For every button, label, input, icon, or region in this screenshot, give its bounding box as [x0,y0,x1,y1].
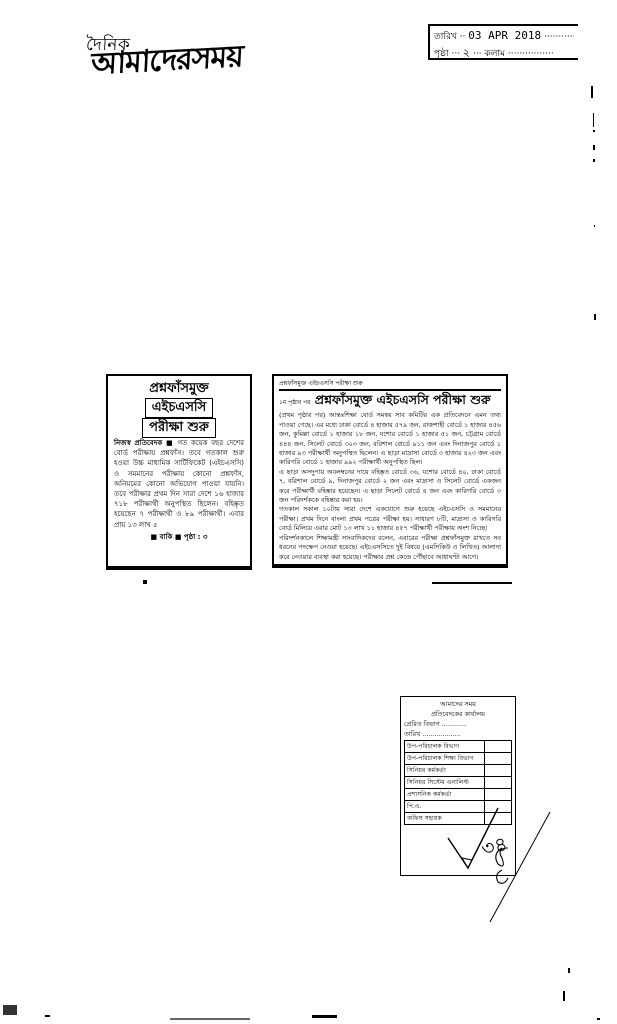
date-label: তারিখ [434,32,457,42]
scan-speck [593,159,595,162]
date-stamp-box: তারিখ ·· 03 APR 2018 ··········· পৃষ্ঠা … [428,24,578,60]
news-clipping-front-page: প্রশ্নফাঁসমুক্ত এইচএসসি পরীক্ষা শুরু নিজ… [106,374,252,570]
routing-row: প্রশাসনিক কর্মকর্তা [405,789,485,801]
date-row: তারিখ ·· 03 APR 2018 ··········· [434,28,574,45]
scan-speck [568,968,570,973]
clipping-headline: প্রশ্নফাঁসমুক্ত এইচএসসি পরীক্ষা শুরু [114,380,244,438]
clipping-headline: ১ম পৃষ্ঠার পর প্রশ্নফাঁসমুক্ত এইচএসসি পর… [279,391,501,411]
scan-speck [591,86,593,98]
scan-speck [593,145,595,150]
continued-note: ■ বাকি ■ পৃষ্ঠা : ৩ [114,532,244,542]
page-value: ২ [463,46,470,59]
routing-row: উপ-পরিচালক শিক্ষা বিভাগ [405,753,485,765]
routing-row: সিনিয়র কর্মকর্তা [405,765,485,777]
handwritten-signature-icon [440,800,560,930]
clipping-paragraph: গতকাল সকাল ১০টায় সারা দেশে একযোগে শুরু … [279,505,501,533]
news-clipping-continuation: প্রশ্নফাঁসমুক্ত এইচএসসি পরীক্ষা শুরু ১ম … [272,374,508,568]
date-value: 03 APR 2018 [468,29,541,42]
scan-speck [563,991,565,1001]
clipping-body: নিজস্ব প্রতিবেদক ■ গত কয়েক বছর দেশের বো… [114,438,244,530]
column-label: কলাম [484,49,505,59]
scan-speck [593,130,595,132]
scan-speck [593,113,594,127]
newspaper-masthead-title: আমাদেরসময় [90,40,243,82]
scan-line [432,582,512,584]
routing-row: উপ-পরিচালক বিভাগ [405,741,485,753]
page-row: পৃষ্ঠা ··· ২ ··· কলাম ················ [434,45,574,62]
scan-speck [3,1005,17,1015]
clipping-paragraph: পরিদর্শনকালে শিক্ষামন্ত্রী সাংবাদিকদের ব… [279,534,501,562]
scan-speck [45,1015,50,1017]
clipping-paragraph: এ ছাড়া অসদুপায় অবলম্বনের দায়ে বহিষ্কৃ… [279,468,501,506]
page-label: পৃষ্ঠা [434,49,449,59]
scan-speck [143,580,147,584]
routing-row: সিনিয়র সিস্টেম এনালিস্ট [405,777,485,789]
scan-speck [597,1018,600,1020]
stamp-field: প্রেরিত বিভাগ ............ [404,719,512,729]
stamp-field: তারিখ ................... [404,729,512,739]
scan-speck [594,314,596,320]
stamp-title: আমাদের সময় [404,699,512,709]
scan-speck [594,225,595,227]
clipping-top-strip: প্রশ্নফাঁসমুক্ত এইচএসসি পরীক্ষা শুরু [279,379,501,391]
clipping-paragraph: (প্রথম পৃষ্ঠার পর) আন্তঃশিক্ষা বোর্ড সমন… [279,411,501,467]
byline: নিজস্ব প্রতিবেদক ■ [114,439,174,447]
scan-line [312,1015,337,1018]
scan-line [170,1018,250,1020]
stamp-subtitle: প্রতিবেদকের কার্যালয় [404,709,512,719]
